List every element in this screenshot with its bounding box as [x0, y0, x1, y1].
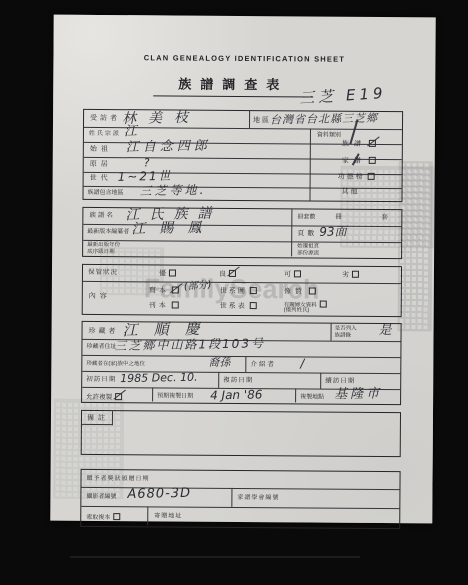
request-copy-label: 索取複本 [86, 515, 110, 521]
condition-option: 良 [219, 270, 236, 278]
send-address-label: 寄贈地址 [154, 513, 182, 519]
coverage-value: 三芝等地. [139, 184, 206, 197]
content-option: 世系表 [220, 302, 257, 310]
condition-option: 可 [284, 270, 301, 278]
scanned-page: FamilySearch CLAN GENEALOGY IDENTIFICATI… [0, 0, 468, 585]
listed-value: 是 [378, 324, 391, 337]
doc-type-item: 族譜 [342, 140, 376, 148]
form-paper: FamilySearch CLAN GENEALOGY IDENTIFICATI… [50, 15, 436, 524]
condition-option: 優 [159, 269, 176, 277]
doc-type-checkbox [369, 140, 376, 147]
photographer-number: A680-3D [127, 487, 191, 501]
doc-type-checkbox [369, 157, 376, 164]
owner-position-value: 裔孫 [208, 357, 230, 368]
origin-label: 原居 [90, 161, 112, 168]
photographer-label: 攝影者編號 [86, 494, 116, 500]
copy-permission-checkbox [115, 393, 122, 400]
doc-type-option-label: 其他 [342, 189, 360, 196]
pages-value: 93面 [319, 225, 347, 238]
doc-type-option-label: 功德榜 [338, 174, 365, 181]
condition-option-label: 可 [284, 271, 291, 278]
condition-checkbox [169, 269, 176, 276]
compiler-label: 最新版本編纂者 [87, 229, 129, 235]
owner-address-label: 珍藏者住址 [86, 344, 116, 350]
content-option: 世系圖 [220, 287, 257, 295]
page-title: 族譜調查表 [153, 73, 313, 97]
remarks-label: 備註 [87, 415, 109, 422]
content-option-label: 寫本 [149, 287, 169, 294]
region-value: 台灣省台北縣三芝鄉 [270, 113, 378, 126]
copy-date-label: 預期複製日期 [157, 393, 193, 399]
content-option-label: 刊本 [149, 302, 169, 309]
listed-label-line2: 族譜錄 [335, 334, 352, 340]
volumes-label: 冊套數 [297, 214, 315, 220]
content-option-note: (僅列姓氏) [284, 308, 310, 314]
compiler-value: 江賜鳳 [131, 221, 215, 237]
surname-label: 姓氏宗派 [89, 131, 121, 137]
pages-label: 頁數 [297, 230, 317, 237]
section-admin: 贈予者獎狀頒贈日期 攝影者編號 A680-3D 家譜學會編號 索取複本 寄贈地址 [80, 469, 400, 529]
surname-value: 江 [124, 125, 137, 138]
volume-unit-label: 冊 [335, 215, 342, 222]
first-visit-value: 1985 Dec. 10. [120, 372, 197, 384]
content-checkbox [172, 302, 179, 309]
introducer-label: 介紹者 [250, 362, 276, 369]
english-title: CLAN GENEALOGY IDENTIFICATION SHEET [53, 53, 435, 65]
condition-option-label: 劣 [342, 272, 349, 279]
condition-checkbox [352, 271, 359, 278]
condition-checkbox [294, 270, 301, 277]
content-checkbox [250, 287, 257, 294]
partial-origin-label: 部份源流 [297, 251, 319, 257]
second-visit-label: 複訪日期 [223, 378, 253, 385]
request-copy-checkbox [113, 513, 120, 520]
condition-option-label: 優 [159, 270, 166, 277]
first-ancestor-page-label: 始遷祖頁 [297, 244, 319, 250]
content-checkbox [250, 302, 257, 309]
section-identification: 受訪者 林美枝 地區 台灣省台北縣三芝鄉 姓氏宗派 江 始祖 江自念四郎 原居 … [82, 109, 403, 202]
section-condition-content: 保管狀況 優 良 可 劣 內容 寫本 (部分) 世系圖 像贊 [82, 264, 402, 317]
region-label: 地區 [253, 117, 271, 124]
owner-position-label: 珍藏者在(家)族中之地位 [86, 362, 145, 368]
interviewee-label: 受訪者 [90, 115, 120, 122]
copy-date-value: 4 Jan '86 [210, 388, 263, 401]
content-checkbox [320, 301, 327, 308]
doc-type-option-label: 族譜 [342, 141, 366, 148]
next-visit-label: 續訪日期 [325, 379, 355, 386]
seal-watermark [398, 161, 433, 331]
condition-label: 保管狀況 [88, 270, 118, 277]
owner-value: 江順慶 [122, 322, 215, 339]
listed-label-line1: 是否列入 [335, 327, 357, 333]
content-option: 寫本 [149, 286, 179, 294]
copy-place-value: 基隆市 [334, 387, 382, 401]
owner-address-value: 三芝鄉中山路1段103号 [114, 337, 265, 352]
coverage-label: 族譜包含地區 [88, 190, 124, 196]
content-checkbox [172, 287, 179, 294]
generations-label: 世代 [90, 175, 112, 182]
condition-option-label: 良 [219, 271, 226, 278]
content-option: 像贊 [284, 287, 316, 295]
preface-date-label: 底序跋日期 [87, 250, 115, 256]
doc-type-label: 資料類別 [317, 133, 341, 139]
doc-type-item: 其他 [342, 189, 360, 196]
pub-year-label: 最新出版年份 [87, 243, 120, 249]
copy-permission-label: 允許複製 [86, 394, 112, 401]
section-genealogy-info: 族譜名 江氏族譜 冊套數 冊 套 最新版本編纂者 江賜鳳 頁數 93面 最新出版… [82, 207, 402, 259]
content-option-label: 世系表 [220, 303, 247, 310]
section-owner-visits: 珍藏者 江順慶 是否列入 族譜錄 是 珍藏者住址 三芝鄉中山路1段103号 珍藏… [81, 321, 402, 405]
handwritten-page-note: 三芝 E19 [299, 86, 387, 106]
request-copy: 索取複本 [86, 513, 120, 521]
copy-place-label: 複製地點 [300, 394, 324, 400]
ancestor-value: 江自念四郎 [126, 140, 211, 155]
content-option: 刊本 [149, 301, 179, 309]
owner-label: 珍藏者 [89, 328, 119, 335]
ancestor-label: 始祖 [90, 146, 112, 153]
section-remarks: 備註 [81, 410, 401, 457]
doc-type-item: 功德榜 [338, 173, 375, 181]
doc-type-option-label: 家譜 [342, 158, 366, 165]
condition-option: 劣 [342, 271, 359, 279]
copy-permission: 允許複製 [86, 393, 122, 402]
introducer-value: / [300, 357, 304, 369]
doc-type-item: 家譜 [342, 157, 376, 165]
award-date-label: 贈予者獎狀頒贈日期 [87, 476, 150, 482]
first-visit-label: 初訪日期 [86, 377, 116, 384]
content-note: (部分) [184, 281, 213, 293]
scan-artifact [70, 556, 360, 558]
content-option-label: 世系圖 [220, 288, 247, 295]
set-unit-label: 套 [381, 215, 388, 222]
origin-value: ? [144, 157, 150, 168]
content-label: 內容 [89, 293, 111, 300]
doc-type-checkbox [368, 173, 375, 180]
generations-value: 1~21世 [118, 170, 173, 183]
content-option-label: 像贊 [284, 288, 306, 295]
content-checkbox [309, 287, 316, 294]
condition-checkbox [229, 270, 236, 277]
title-label: 族譜名 [89, 213, 115, 220]
society-number-label: 家譜學會編號 [237, 495, 279, 501]
